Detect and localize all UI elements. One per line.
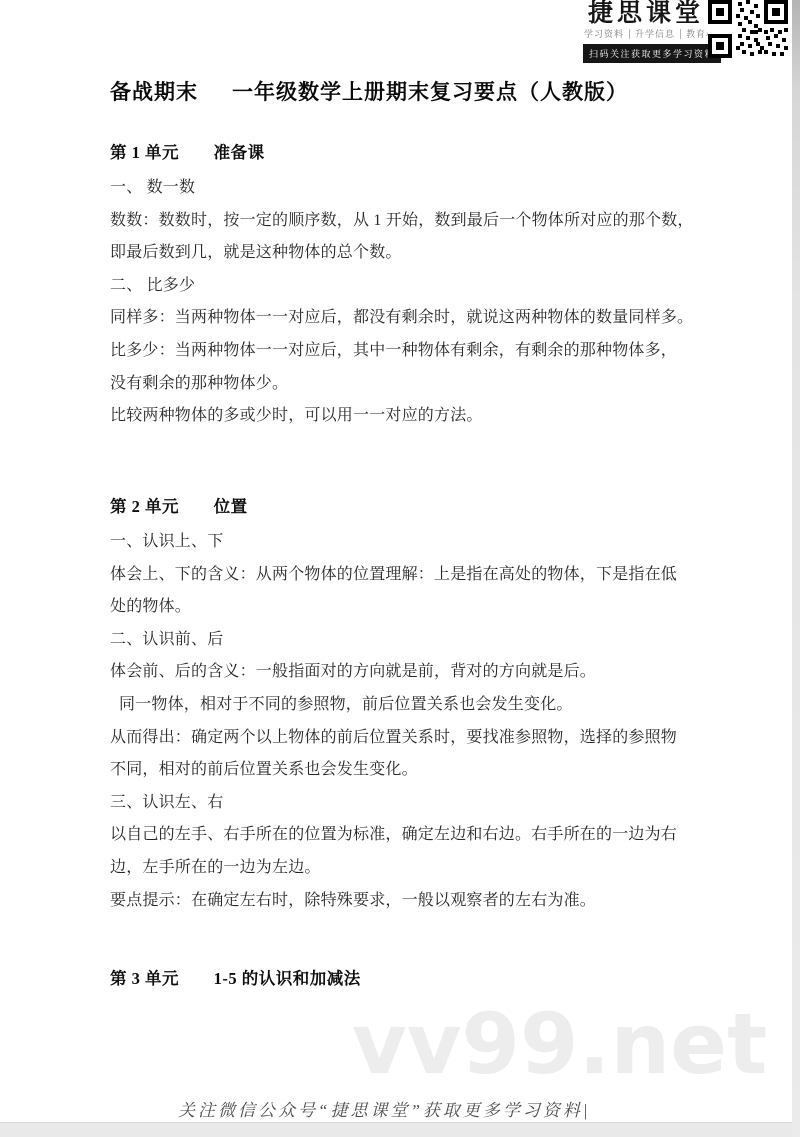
body-line: 要点提示：在确定左右时，除特殊要求，一般以观察者的左右为准。 xyxy=(110,885,696,918)
section-heading: 第 2 单元 位置 xyxy=(110,492,696,526)
section-number: 第 3 单元 xyxy=(110,969,179,988)
tagline-divider xyxy=(680,29,681,39)
page-bottom-edge xyxy=(0,1122,800,1137)
section-number: 第 2 单元 xyxy=(110,497,179,516)
tagline-divider xyxy=(629,29,630,39)
body-line: 同样多：当两种物体一一对应后，都没有剩余时，就说这两种物体的数量同样多。 xyxy=(110,302,696,335)
brand-header: 捷思课堂 学习资料 升学信息 教育心得 扫码关注获取更多学习资料 xyxy=(560,0,800,62)
body-line: 体会上、下的含义：从两个物体的位置理解：上是指在高处的物体，下是指在低 xyxy=(110,559,696,592)
body-line: 一、认识上、下 xyxy=(110,526,696,559)
body-line: 即最后数到几，就是这种物体的总个数。 xyxy=(110,237,696,270)
section-heading: 第 3 单元 1-5 的认识和加减法 xyxy=(110,964,696,998)
body-line: 二、 比多少 xyxy=(110,270,696,303)
body-line: 同一物体，相对于不同的参照物，前后位置关系也会发生变化。 xyxy=(110,689,696,722)
doc-title-main: 一年级数学上册期末复习要点（人教版） xyxy=(232,80,628,104)
brand-logo: 捷思课堂 xyxy=(588,0,704,29)
section-title: 1-5 的认识和加减法 xyxy=(214,969,361,988)
brand-tagline: 学习资料 升学信息 教育心得 xyxy=(584,27,726,40)
section-unit-3: 第 3 单元 1-5 的认识和加减法 xyxy=(110,964,696,998)
body-line: 三、认识左、右 xyxy=(110,787,696,820)
page-right-edge xyxy=(792,0,800,1137)
body-line: 数数：数数时，按一定的顺序数，从 1 开始，数到最后一个物体所对应的那个数， xyxy=(110,205,696,238)
body-line: 比较两种物体的多或少时，可以用一一对应的方法。 xyxy=(110,400,696,433)
qr-code-icon xyxy=(708,0,788,58)
body-line: 处的物体。 xyxy=(110,591,696,624)
doc-title: 备战期末一年级数学上册期末复习要点（人教版） xyxy=(110,76,628,106)
section-title: 准备课 xyxy=(214,143,265,162)
doc-title-prefix: 备战期末 xyxy=(110,80,198,104)
qr-code-graphic xyxy=(708,0,788,58)
section-title: 位置 xyxy=(214,497,248,516)
body-line: 没有剩余的那种物体少。 xyxy=(110,368,696,401)
section-unit-1: 第 1 单元 准备课 一、 数一数 数数：数数时，按一定的顺序数，从 1 开始，… xyxy=(110,138,696,433)
body-line: 以自己的左手、右手所在的位置为标准，确定左边和右边。右手所在的一边为右 xyxy=(110,819,696,852)
body-line: 一、 数一数 xyxy=(110,172,696,205)
section-number: 第 1 单元 xyxy=(110,143,179,162)
section-heading: 第 1 单元 准备课 xyxy=(110,138,696,172)
tagline-item-admission: 升学信息 xyxy=(635,27,675,40)
footer-note: 关注微信公众号“捷思课堂”获取更多学习资料| xyxy=(178,1096,591,1121)
document-page: 捷思课堂 学习资料 升学信息 教育心得 扫码关注获取更多学习资料 备战期末一年级… xyxy=(0,0,800,1137)
body-line: 比多少：当两种物体一一对应后，其中一种物体有剩余，有剩余的那种物体多， xyxy=(110,335,696,368)
body-line: 不同，相对的前后位置关系也会发生变化。 xyxy=(110,754,696,787)
tagline-item-study: 学习资料 xyxy=(584,27,624,40)
scan-banner: 扫码关注获取更多学习资料 xyxy=(583,44,721,63)
watermark: vv99.net xyxy=(352,995,767,1093)
body-line: 二、认识前、后 xyxy=(110,624,696,657)
section-unit-2: 第 2 单元 位置 一、认识上、下 体会上、下的含义：从两个物体的位置理解：上是… xyxy=(110,492,696,917)
body-line: 边，左手所在的一边为左边。 xyxy=(110,852,696,885)
body-line: 从而得出：确定两个以上物体的前后位置关系时，要找准参照物，选择的参照物 xyxy=(110,722,696,755)
body-line: 体会前、后的含义：一般指面对的方向就是前，背对的方向就是后。 xyxy=(110,656,696,689)
